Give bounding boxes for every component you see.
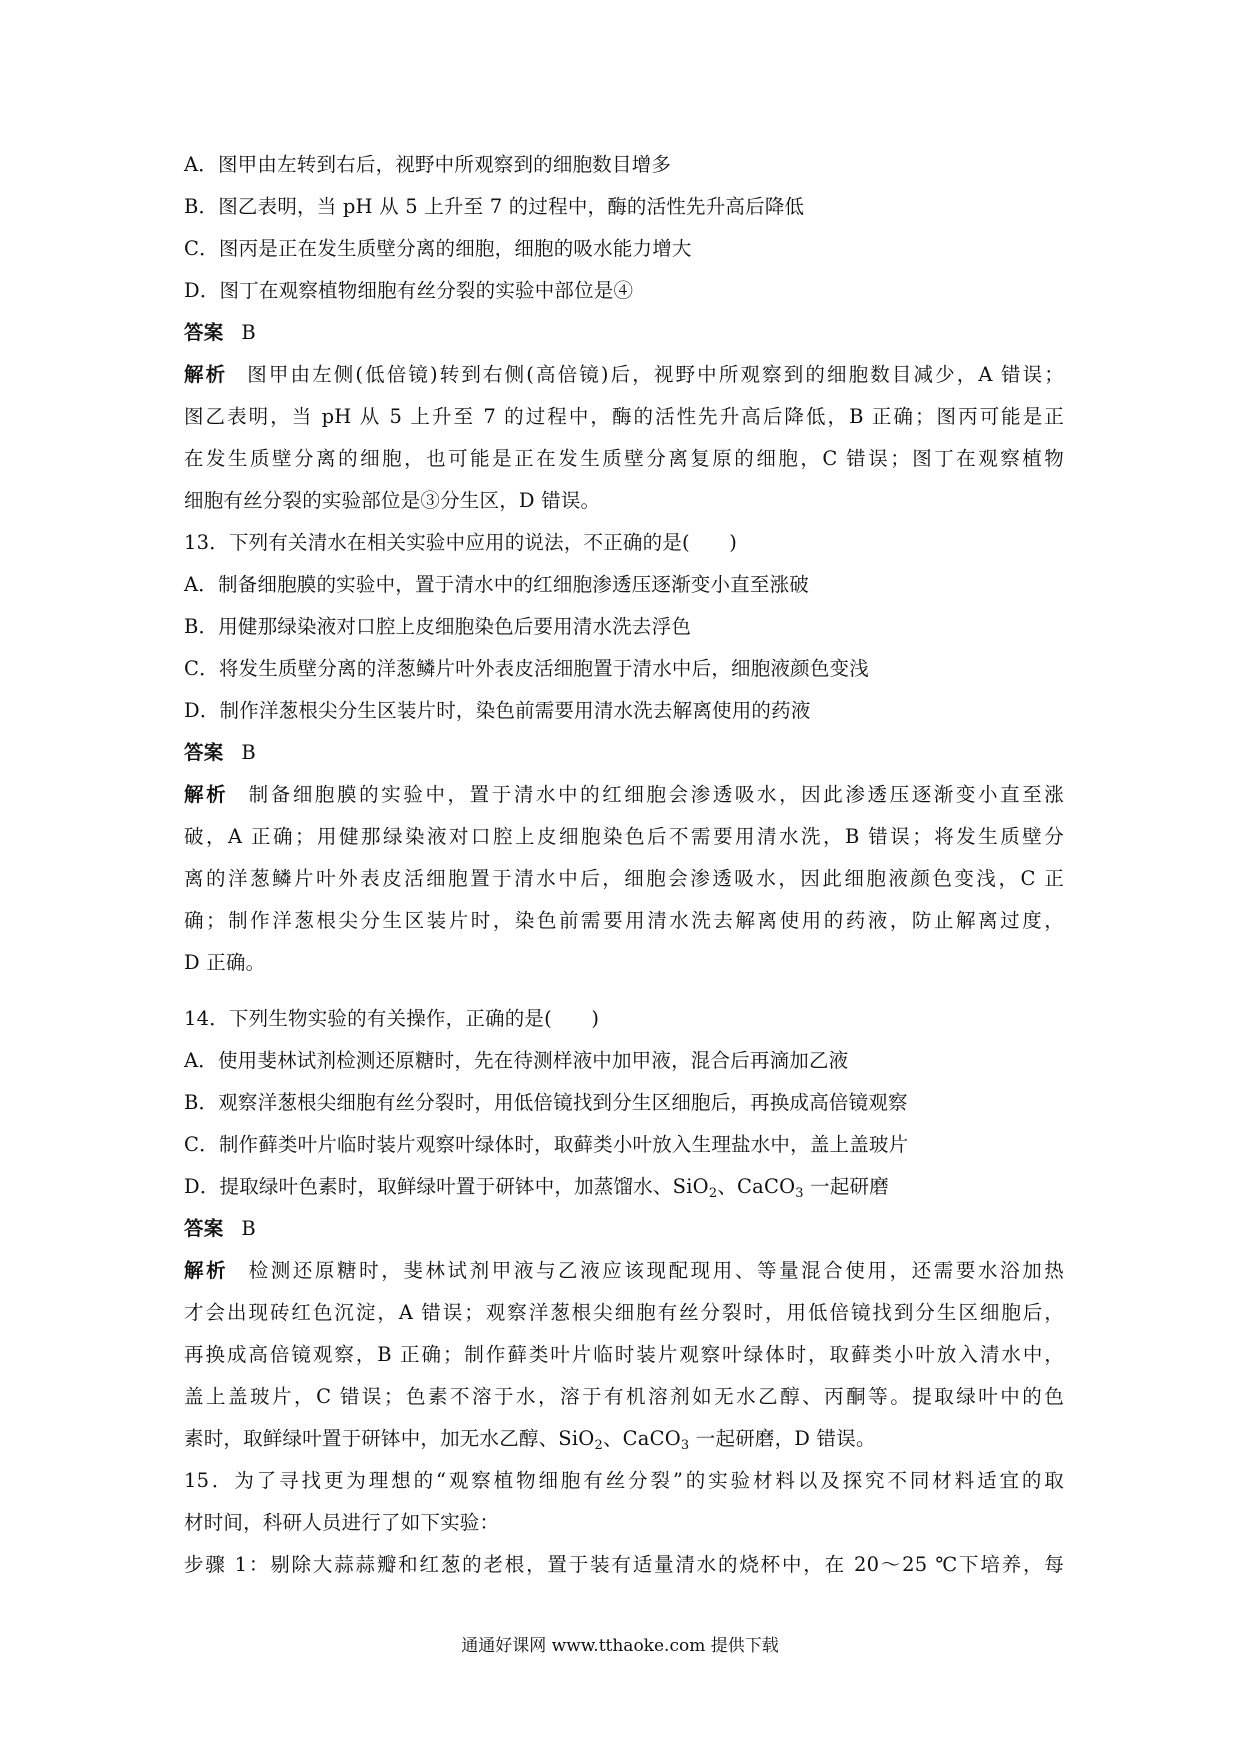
q13-option-a: A．制备细胞膜的实验中，置于清水中的红细胞渗透压逐渐变小直至涨破: [184, 572, 1064, 598]
answer-value: B: [241, 1217, 256, 1240]
q15-stem-line: 15．为了寻找更为理想的“观察植物细胞有丝分裂”的实验材料以及探究不同材料适宜的…: [184, 1468, 1064, 1494]
q13-stem: 13．下列有关清水在相关实验中应用的说法，不正确的是( ): [184, 530, 1064, 556]
q12-option-c: C．图丙是正在发生质壁分离的细胞，细胞的吸水能力增大: [184, 236, 1064, 262]
q15-stem-line: 材时间，科研人员进行了如下实验：: [184, 1510, 1064, 1536]
q12-analysis-line: 图乙表明，当 pH 从 5 上升至 7 的过程中，酶的活性先升高后降低，B 正确…: [184, 404, 1064, 430]
q14-analysis-line: 再换成高倍镜观察，B 正确；制作藓类叶片临时装片观察叶绿体时，取藓类小叶放入清水…: [184, 1342, 1064, 1368]
analysis-label: 解析: [184, 363, 227, 386]
text: 素时，取鲜绿叶置于研钵中，加无水乙醇、SiO: [184, 1427, 594, 1450]
analysis-label: 解析: [184, 1259, 228, 1282]
answer-value: B: [241, 741, 256, 764]
q15-step-1: 步骤 1：剔除大蒜蒜瓣和红葱的老根，置于装有适量清水的烧杯中，在 20～25 ℃…: [184, 1552, 1064, 1578]
q12-option-b: B．图乙表明，当 pH 从 5 上升至 7 的过程中，酶的活性先升高后降低: [184, 194, 1064, 220]
q13-analysis-line: 离的洋葱鳞片叶外表皮活细胞置于清水中后，细胞会渗透吸水，因此细胞液颜色变浅，C …: [184, 866, 1064, 892]
q12-option-a: A．图甲由左转到右后，视野中所观察到的细胞数目增多: [184, 152, 1064, 178]
q12-analysis-line: 细胞有丝分裂的实验部位是③分生区，D 错误。: [184, 488, 1064, 514]
q14-analysis-line: 解析检测还原糖时，斐林试剂甲液与乙液应该现配现用、等量混合使用，还需要水浴加热: [184, 1258, 1064, 1284]
text: 一起研磨: [804, 1175, 889, 1198]
analysis-text: 图甲由左侧(低倍镜)转到右侧(高倍镜)后，视野中所观察到的细胞数目减少，A 错误…: [245, 363, 1064, 386]
answer-value: B: [241, 321, 256, 344]
q14-option-d: D．提取绿叶色素时，取鲜绿叶置于研钵中，加蒸馏水、SiO2、CaCO3 一起研磨: [184, 1174, 1064, 1200]
q12-analysis-line: 在发生质壁分离的细胞，也可能是正在发生质壁分离复原的细胞，C 错误；图丁在观察植…: [184, 446, 1064, 472]
answer-label: 答案: [184, 321, 223, 344]
text: D．提取绿叶色素时，取鲜绿叶置于研钵中，加蒸馏水、SiO: [184, 1175, 709, 1198]
analysis-label: 解析: [184, 783, 228, 806]
q13-analysis-line: 破，A 正确；用健那绿染液对口腔上皮细胞染色后不需要用清水洗，B 错误；将发生质…: [184, 824, 1064, 850]
analysis-text: 检测还原糖时，斐林试剂甲液与乙液应该现配现用、等量混合使用，还需要水浴加热: [246, 1259, 1064, 1282]
q14-analysis-line: 素时，取鲜绿叶置于研钵中，加无水乙醇、SiO2、CaCO3 一起研磨，D 错误。: [184, 1426, 1064, 1452]
q12-option-d: D．图丁在观察植物细胞有丝分裂的实验中部位是④: [184, 278, 1064, 304]
text: 、CaCO: [717, 1175, 795, 1198]
q14-option-b: B．观察洋葱根尖细胞有丝分裂时，用低倍镜找到分生区细胞后，再换成高倍镜观察: [184, 1090, 1064, 1116]
subscript: 3: [795, 1186, 803, 1201]
q12-answer: 答案B: [184, 320, 1064, 346]
document-page: A．图甲由左转到右后，视野中所观察到的细胞数目增多 B．图乙表明，当 pH 从 …: [0, 0, 1240, 1754]
q14-answer: 答案B: [184, 1216, 1064, 1242]
page-footer: 通通好课网 www.tthaoke.com 提供下载: [0, 1635, 1240, 1657]
q12-analysis-line: 解析图甲由左侧(低倍镜)转到右侧(高倍镜)后，视野中所观察到的细胞数目减少，A …: [184, 362, 1064, 388]
q13-analysis-line: 确；制作洋葱根尖分生区装片时，染色前需要用清水洗去解离使用的药液，防止解离过度，: [184, 908, 1064, 934]
q13-option-b: B．用健那绿染液对口腔上皮细胞染色后要用清水洗去浮色: [184, 614, 1064, 640]
q14-analysis-line: 盖上盖玻片，C 错误；色素不溶于水，溶于有机溶剂如无水乙醇、丙酮等。提取绿叶中的…: [184, 1384, 1064, 1410]
q14-stem: 14．下列生物实验的有关操作，正确的是( ): [184, 1006, 1064, 1032]
q13-answer: 答案B: [184, 740, 1064, 766]
subscript: 2: [594, 1438, 602, 1453]
analysis-text: 制备细胞膜的实验中，置于清水中的红细胞会渗透吸水，因此渗透压逐渐变小直至涨: [246, 783, 1064, 806]
answer-label: 答案: [184, 1217, 223, 1240]
answer-label: 答案: [184, 741, 223, 764]
q14-option-a: A．使用斐林试剂检测还原糖时，先在待测样液中加甲液，混合后再滴加乙液: [184, 1048, 1064, 1074]
text: 、CaCO: [603, 1427, 681, 1450]
q14-analysis-line: 才会出现砖红色沉淀，A 错误；观察洋葱根尖细胞有丝分裂时，用低倍镜找到分生区细胞…: [184, 1300, 1064, 1326]
q13-option-c: C．将发生质壁分离的洋葱鳞片叶外表皮活细胞置于清水中后，细胞液颜色变浅: [184, 656, 1064, 682]
q13-option-d: D．制作洋葱根尖分生区装片时，染色前需要用清水洗去解离使用的药液: [184, 698, 1064, 724]
q14-option-c: C．制作藓类叶片临时装片观察叶绿体时，取藓类小叶放入生理盐水中，盖上盖玻片: [184, 1132, 1064, 1158]
q13-analysis-line: D 正确。: [184, 950, 1064, 976]
q13-analysis-line: 解析制备细胞膜的实验中，置于清水中的红细胞会渗透吸水，因此渗透压逐渐变小直至涨: [184, 782, 1064, 808]
text: 一起研磨，D 错误。: [689, 1427, 875, 1450]
